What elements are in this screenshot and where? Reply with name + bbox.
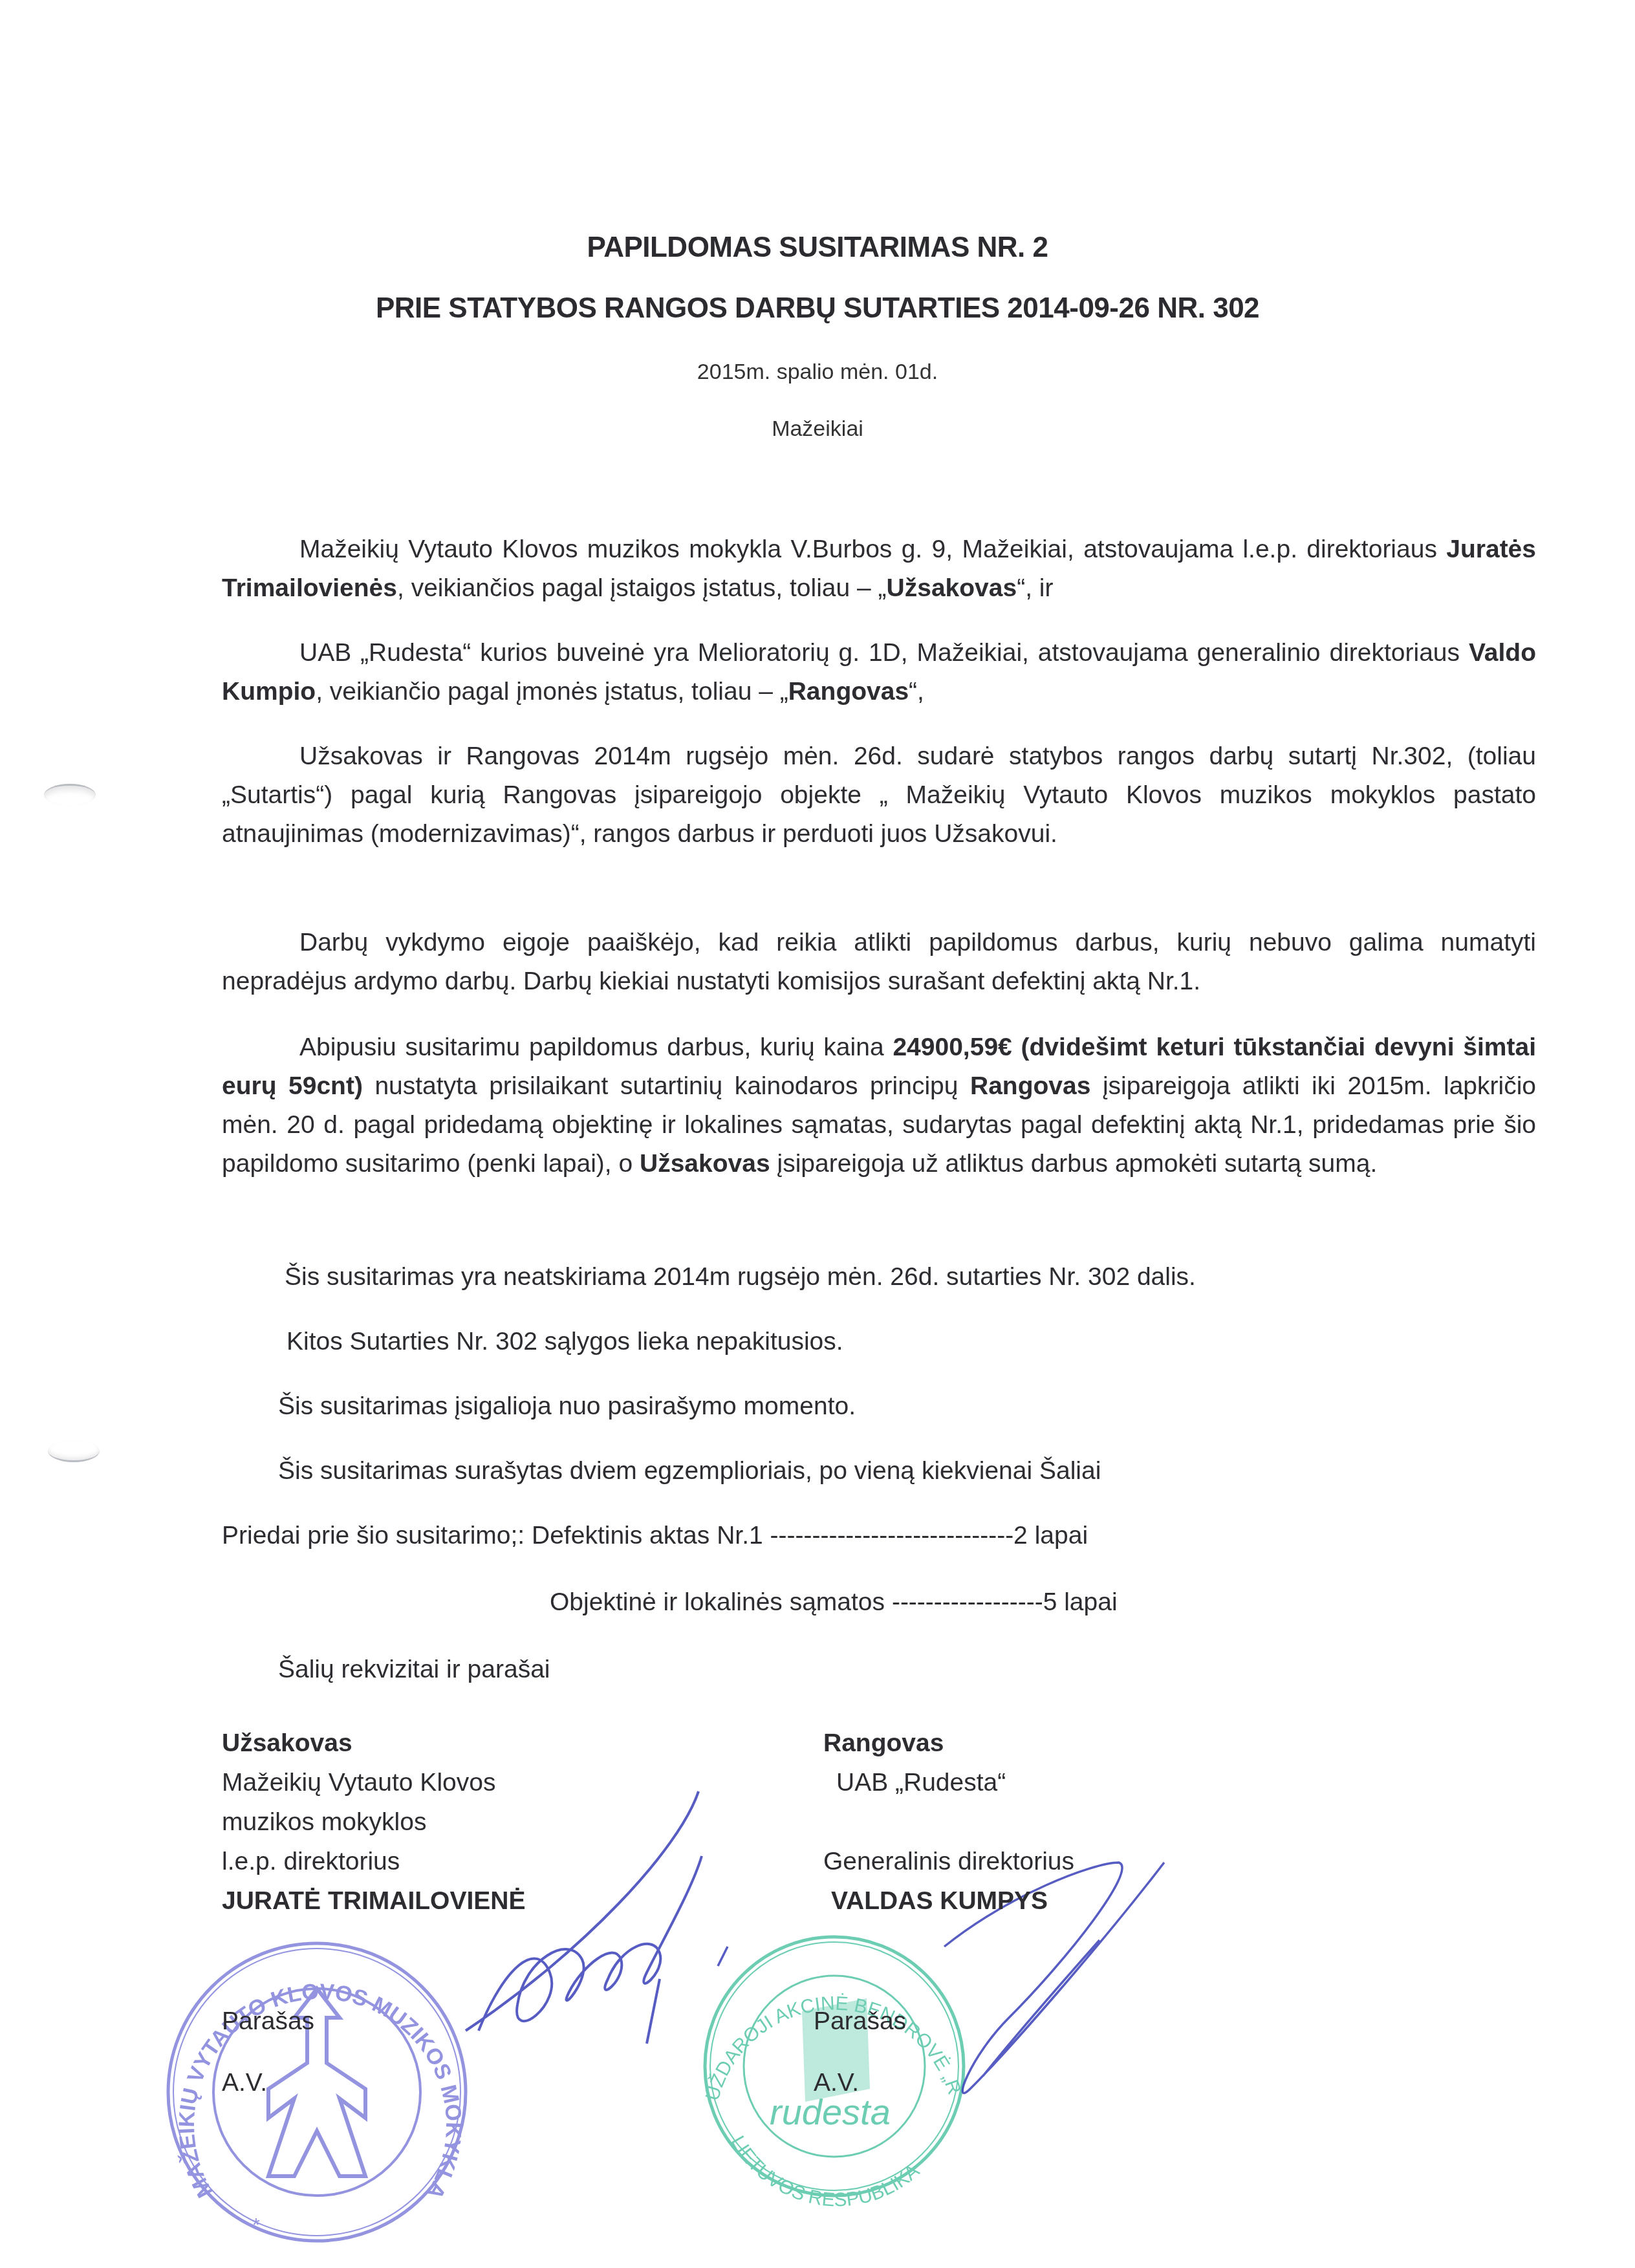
annex-estimates: Objektinė ir lokalinės sąmatos ---------…	[550, 1583, 1118, 1622]
clause-effective: Šis susitarimas įsigalioja nuo pasirašym…	[278, 1387, 856, 1426]
contractor-signature-label: Parašas	[814, 2002, 906, 2041]
clause-copies: Šis susitarimas surašytas dviem egzempli…	[278, 1452, 1101, 1491]
signatures-heading: Šalių rekvizitai ir parašai	[278, 1650, 550, 1689]
customer-name: JURATĖ TRIMAILOVIENĖ	[222, 1881, 525, 1921]
contractor-name: VALDAS KUMPYS	[823, 1881, 1074, 1921]
document-city: Mažeikiai	[0, 416, 1635, 442]
contractor-org-line1: UAB „Rudesta“	[823, 1763, 1074, 1802]
paragraph-parties-contractor: UAB „Rudesta“ kurios buveinė yra Meliora…	[222, 634, 1536, 711]
svg-text:MAŽEIKIŲ VYTAUTO KLOVOS MUZIKO: MAŽEIKIŲ VYTAUTO KLOVOS MUZIKOS MOKYKLA	[175, 1980, 466, 2203]
customer-org-line1: Mažeikių Vytauto Klovos	[222, 1763, 525, 1802]
contractor-position: Generalinis direktorius	[823, 1842, 1074, 1881]
customer-role: Užsakovas	[222, 1723, 525, 1763]
paragraph-additional-works: Darbų vykdymo eigoje paaiškėjo, kad reik…	[222, 923, 1536, 1001]
svg-text:LIETUVOS RESPUBLIKA: LIETUVOS RESPUBLIKA	[727, 2132, 924, 2210]
document-title: PAPILDOMAS SUSITARIMAS NR. 2	[0, 232, 1635, 264]
customer-position: l.e.p. direktorius	[222, 1842, 525, 1881]
punch-hole-upper	[44, 784, 96, 806]
contractor-term: Rangovas	[788, 678, 909, 706]
customer-org-line2: muzikos mokyklos	[222, 1802, 525, 1842]
punch-hole-lower	[48, 1440, 100, 1462]
customer-signature-block: Užsakovas Mažeikių Vytauto Klovos muziko…	[222, 1723, 525, 1921]
paragraph-price-agreement: Abipusiu susitarimu papildomus darbus, k…	[222, 1028, 1536, 1183]
contractor-signature-block: Rangovas UAB „Rudesta“ Generalinis direk…	[823, 1723, 1074, 1921]
scanned-document-page: PAPILDOMAS SUSITARIMAS NR. 2 PRIE STATYB…	[0, 0, 1635, 2268]
clause-other-terms: Kitos Sutarties Nr. 302 sąlygos lieka ne…	[287, 1323, 843, 1361]
document-subtitle: PRIE STATYBOS RANGOS DARBŲ SUTARTIES 201…	[0, 292, 1635, 325]
customer-signature-label: Parašas	[222, 2002, 314, 2041]
paragraph-parties-customer: Mažeikių Vytauto Klovos muzikos mokykla …	[222, 530, 1536, 608]
annex-defect-act: Priedai prie šio susitarimo;: Defektinis…	[222, 1517, 1088, 1555]
customer-stamp-label: A.V.	[222, 2063, 267, 2102]
customer-stamp-icon: * MAŽEIKIŲ VYTAUTO KLOVOS MUZIKOS MOKYKL…	[168, 1943, 466, 2241]
paragraph-contract-reference: Užsakovas ir Rangovas 2014m rugsėjo mėn.…	[222, 737, 1536, 854]
customer-term: Užsakovas	[887, 574, 1017, 602]
clause-integral-part: Šis susitarimas yra neatskiriama 2014m r…	[285, 1258, 1196, 1297]
svg-text:*: *	[252, 2214, 260, 2236]
contractor-stamp-label: A.V.	[814, 2063, 859, 2102]
document-date: 2015m. spalio mėn. 01d.	[0, 360, 1635, 385]
contractor-role: Rangovas	[823, 1723, 1074, 1763]
